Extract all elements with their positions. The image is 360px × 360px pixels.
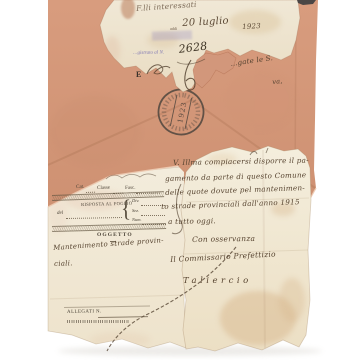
form-fasc-label: Fasc. (125, 186, 136, 191)
scanned-document: 1923 F.lli interessati addì 20 luglio 19… (0, 0, 360, 360)
form-oggetto-label: OGGETTO (97, 233, 133, 239)
fragment-date-prefix: addì (170, 27, 177, 31)
form-sez-label: Sez. (132, 209, 139, 214)
form-brace: { (121, 197, 131, 221)
fragment-protocol-number: 2628 (178, 40, 208, 54)
fragment-violet-registry: …gistrato al N. (133, 50, 164, 56)
form-del-label: del (57, 211, 63, 216)
letter-closing-formula: Con osservanza (192, 235, 255, 244)
letter-line-5: a tutto oggi. (168, 217, 216, 225)
form-allegati-label: ALLEGATI N. (67, 309, 102, 315)
form-oggetto-text-2: ciali. (54, 260, 73, 268)
form-classe-label: Classe (97, 185, 110, 190)
fragment-note-right-2: va, (272, 78, 283, 86)
form-printer-imprint (67, 320, 129, 323)
form-sez-line (141, 214, 165, 216)
fragment-date-year: 1923 (242, 23, 261, 31)
letter-signature: Taliercio (183, 277, 252, 286)
fragment-margin-letter: E (136, 71, 141, 79)
letter-line-1: V. Illma compiacersi disporre il pa- (173, 157, 309, 167)
form-num-label: Num. (132, 218, 142, 223)
form-div-label: Div. (132, 199, 139, 204)
form-cat-label: Cat. (76, 185, 84, 190)
